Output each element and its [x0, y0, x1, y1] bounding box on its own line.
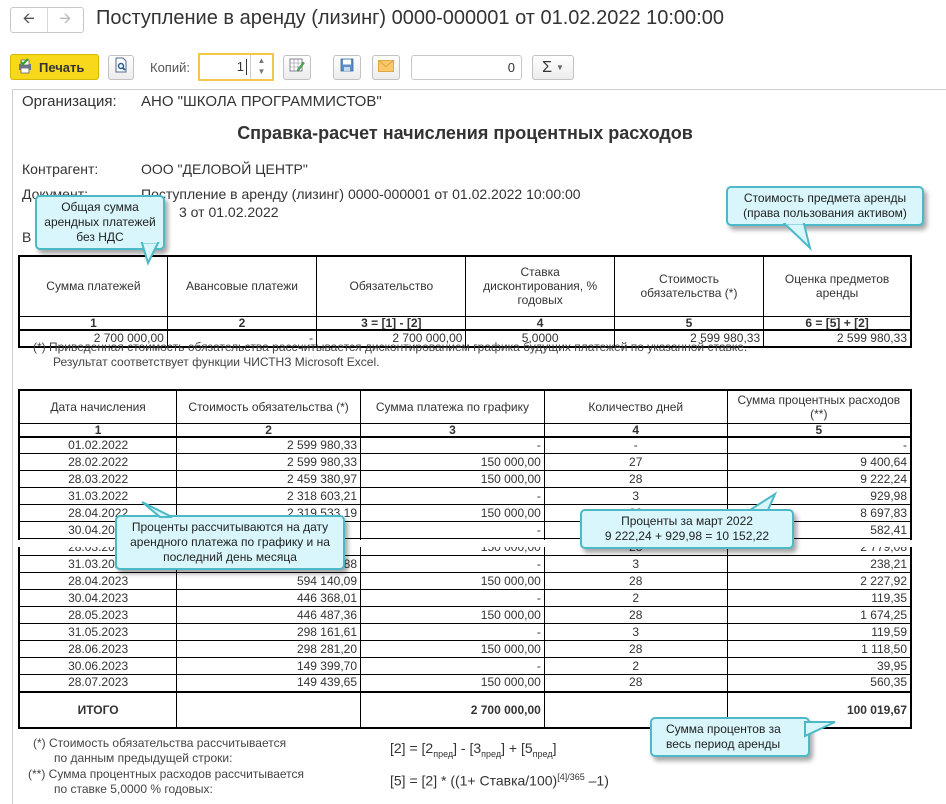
table-row-cell: 1 118,50	[727, 641, 911, 658]
table-row-cell: 28.07.2023	[19, 675, 177, 692]
table-row-cell: 446 487,36	[177, 607, 361, 624]
table-row-cell: 150 000,00	[361, 505, 545, 522]
edit-table-icon	[289, 57, 305, 78]
preview-icon	[114, 57, 128, 78]
save-button[interactable]	[333, 55, 361, 80]
table-row-cell: -	[727, 437, 911, 454]
table-row-cell: 298 281,20	[177, 641, 361, 658]
table-row-cell: -	[361, 590, 545, 607]
table-row-cell: -	[361, 522, 545, 539]
print-button[interactable]: Печать	[10, 54, 99, 80]
total-row-cell	[177, 692, 361, 728]
copies-label: Копий:	[150, 60, 190, 75]
footnote-1b: по данным предыдущей строки:	[54, 751, 232, 766]
history-nav: 🡨 🡪	[10, 7, 84, 33]
chevron-down-icon: ▼	[556, 63, 564, 72]
table-row-cell: 28	[544, 573, 727, 590]
schedule-header-row-cell: Количество дней	[544, 390, 727, 423]
callout-march-interest: Проценты за март 2022 9 222,24 + 929,98 …	[580, 509, 794, 549]
table-row: 30.04.2023446 368,01-2119,35	[19, 590, 911, 607]
table-row: 28.07.2023149 439,65150 000,0028560,35	[19, 675, 911, 692]
footnote-2a: (**) Сумма процентных расходов рассчитыв…	[28, 767, 304, 782]
print-label: Печать	[39, 60, 84, 75]
table-row-cell: 01.02.2022	[19, 437, 177, 454]
table-row-cell: 2	[544, 658, 727, 675]
send-email-button[interactable]	[372, 55, 400, 80]
summary-header-row-cell: Авансовые платежи	[167, 256, 316, 316]
organization-value: АНО "ШКОЛА ПРОГРАММИСТОВ"	[141, 93, 382, 110]
copies-value: 1	[237, 59, 244, 74]
table-row-cell: 28.02.2022	[19, 454, 177, 471]
report-title: Справка-расчет начисления процентных рас…	[0, 123, 930, 144]
table-row-cell: 28	[544, 641, 727, 658]
preview-button[interactable]	[108, 55, 134, 80]
table-row: 28.05.2023446 487,36150 000,00281 674,25	[19, 607, 911, 624]
table-row-cell: 119,59	[727, 624, 911, 641]
total-row-cell: ИТОГО	[19, 692, 177, 728]
callout-tail	[740, 492, 780, 514]
document-value[interactable]: Поступление в аренду (лизинг) 0000-00000…	[141, 186, 581, 202]
document-value-line2: 3 от 01.02.2022	[179, 204, 279, 220]
schedule-number-row-cell: 1	[19, 423, 177, 437]
table-row-cell: 560,35	[727, 675, 911, 692]
table-row-cell: 594 140,09	[177, 573, 361, 590]
table-row-cell: 2 599 980,33	[177, 454, 361, 471]
summary-header-row-cell: Ставка дисконтирования, % годовых	[466, 256, 614, 316]
formula-liability: [2] = [2пред] - [3пред] + [5пред]	[390, 740, 557, 759]
footnote-2b: по ставке 5,0000 % годовых:	[54, 782, 213, 797]
schedule-header-row: Дата начисленияСтоимость обязательства (…	[19, 390, 911, 423]
callout-tail	[780, 222, 820, 252]
table-row-cell: 39,95	[727, 658, 911, 675]
table-row-cell: 150 000,00	[361, 573, 545, 590]
callout-tail	[140, 243, 170, 267]
table-row-cell: 31.05.2023	[19, 624, 177, 641]
footnote-1a: (*) Стоимость обязательства рассчитывает…	[33, 736, 286, 751]
table-row-cell: 149 439,65	[177, 675, 361, 692]
table-row-cell: 2 227,92	[727, 573, 911, 590]
copies-stepper[interactable]: ▲▼	[250, 55, 272, 79]
table-row-cell: 9 400,64	[727, 454, 911, 471]
table-row: 28.03.20222 459 380,97150 000,00289 222,…	[19, 471, 911, 488]
callout-tail	[140, 500, 180, 522]
table-row: 01.02.20222 599 980,33---	[19, 437, 911, 454]
table-row-cell: 150 000,00	[361, 607, 545, 624]
text-cursor	[246, 59, 247, 75]
schedule-number-row-cell: 4	[544, 423, 727, 437]
table-row: 28.02.20222 599 980,33150 000,00279 400,…	[19, 454, 911, 471]
window-title: Поступление в аренду (лизинг) 0000-00000…	[96, 7, 724, 30]
schedule-number-row: 12345	[19, 423, 911, 437]
report-border-top	[12, 89, 946, 90]
callout-asset-value: Стоимость предмета аренды (права пользов…	[726, 186, 924, 226]
table-row-cell: -	[361, 658, 545, 675]
summary-table: Сумма платежейАвансовые платежиОбязатель…	[18, 255, 912, 348]
table-row-cell: 2 459 380,97	[177, 471, 361, 488]
printer-icon	[17, 58, 33, 77]
sum-field[interactable]: 0	[411, 55, 522, 80]
table-row-cell: 150 000,00	[361, 675, 545, 692]
table-row-cell: 28.06.2023	[19, 641, 177, 658]
table-row-cell: 3	[544, 488, 727, 505]
table-row-cell: 28	[544, 607, 727, 624]
table-row-cell: 27	[544, 454, 727, 471]
table-row-cell: 149 399,70	[177, 658, 361, 675]
counterparty-label: Контрагент:	[22, 161, 98, 177]
schedule-number-row-cell: 3	[361, 423, 545, 437]
schedule-header-row-cell: Сумма процентных расходов (**)	[727, 390, 911, 423]
summary-header-row-cell: Обязательство	[317, 256, 466, 316]
schedule-header-row-cell: Стоимость обязательства (*)	[177, 390, 361, 423]
summary-header-row-cell: Оценка предметов аренды	[764, 256, 911, 316]
schedule-header-row-cell: Сумма платежа по графику	[361, 390, 545, 423]
table-row-cell: 119,35	[727, 590, 911, 607]
summary-number-row-cell: 4	[466, 316, 614, 330]
summary-number-row-cell: 6 = [5] + [2]	[764, 316, 911, 330]
summary-number-row-cell: 3 = [1] - [2]	[317, 316, 466, 330]
summary-note-1: (*) Приведенная стоимость обязательства …	[33, 340, 747, 355]
table-row-cell: -	[361, 556, 545, 573]
table-row-cell: 2 599 980,33	[177, 437, 361, 454]
table-row-cell: 28	[544, 471, 727, 488]
table-row: 28.04.2023594 140,09150 000,00282 227,92	[19, 573, 911, 590]
table-row-cell: 28.05.2023	[19, 607, 177, 624]
table-row-cell: 446 368,01	[177, 590, 361, 607]
table-row-cell: 2 318 603,21	[177, 488, 361, 505]
schedule-number-row-cell: 5	[727, 423, 911, 437]
sum-menu-button[interactable]: Σ ▼	[532, 55, 574, 80]
table-row-cell: -	[361, 488, 545, 505]
table-row: 28.06.2023298 281,20150 000,00281 118,50	[19, 641, 911, 658]
table-row-cell: 9 222,24	[727, 471, 911, 488]
table-row-cell: 30.06.2023	[19, 658, 177, 675]
table-row-cell: 28.04.2023	[19, 573, 177, 590]
table-row: 30.06.2023149 399,70-239,95	[19, 658, 911, 675]
formula-interest: [5] = [2] * ((1+ Ставка/100)[4]/365 –1)	[390, 772, 609, 789]
summary-data-row-cell: 2 599 980,33	[764, 330, 911, 347]
callout-interest-dates: Проценты рассчитываются на дату арендног…	[115, 515, 345, 570]
table-row-cell: 150 000,00	[361, 454, 545, 471]
table-row-cell: 30.04.2023	[19, 590, 177, 607]
table-row-cell: 150 000,00	[361, 471, 545, 488]
back-button[interactable]: 🡨	[11, 8, 47, 32]
callout-tail	[805, 718, 845, 740]
table-row: 31.05.2023298 161,61-3119,59	[19, 624, 911, 641]
currency-label: В	[22, 229, 31, 245]
callout-total-interest: Сумма процентов за весь период аренды	[650, 717, 810, 757]
schedule-number-row-cell: 2	[177, 423, 361, 437]
table-row-cell: 28	[544, 675, 727, 692]
counterparty-value: ООО "ДЕЛОВОЙ ЦЕНТР"	[141, 161, 308, 177]
summary-number-row-cell: 2	[167, 316, 316, 330]
schedule-header-row-cell: Дата начисления	[19, 390, 177, 423]
table-row-cell: -	[361, 624, 545, 641]
table-row-cell: 3	[544, 624, 727, 641]
summary-number-row: 123 = [1] - [2]456 = [5] + [2]	[19, 316, 911, 330]
table-row-cell: -	[361, 437, 545, 454]
table-row-cell: 150 000,00	[361, 641, 545, 658]
summary-number-row-cell: 1	[19, 316, 167, 330]
table-row-cell: 298 161,61	[177, 624, 361, 641]
copies-input[interactable]: 1 ▲▼	[198, 53, 274, 81]
mail-icon	[378, 59, 394, 77]
report-border	[12, 89, 13, 804]
table-row-cell: 1 674,25	[727, 607, 911, 624]
sigma-icon: Σ	[542, 59, 552, 77]
summary-header-row-cell: Стоимость обязательства (*)	[614, 256, 763, 316]
table-row-cell: -	[544, 437, 727, 454]
save-icon	[340, 58, 354, 77]
summary-number-row-cell: 5	[614, 316, 763, 330]
organization-label: Организация:	[22, 93, 117, 110]
total-row-cell: 2 700 000,00	[361, 692, 545, 728]
table-row-cell: 238,21	[727, 556, 911, 573]
forward-button[interactable]: 🡪	[47, 8, 84, 32]
arrow-left-icon: 🡨	[23, 8, 35, 33]
table-row-cell: 28.03.2022	[19, 471, 177, 488]
edit-mode-button[interactable]	[283, 55, 311, 80]
arrow-right-icon: 🡪	[59, 8, 71, 33]
table-row-cell: 3	[544, 556, 727, 573]
table-row-cell: 2	[544, 590, 727, 607]
summary-note-2: Результат соответствует функции ЧИСТНЗ M…	[53, 355, 379, 370]
